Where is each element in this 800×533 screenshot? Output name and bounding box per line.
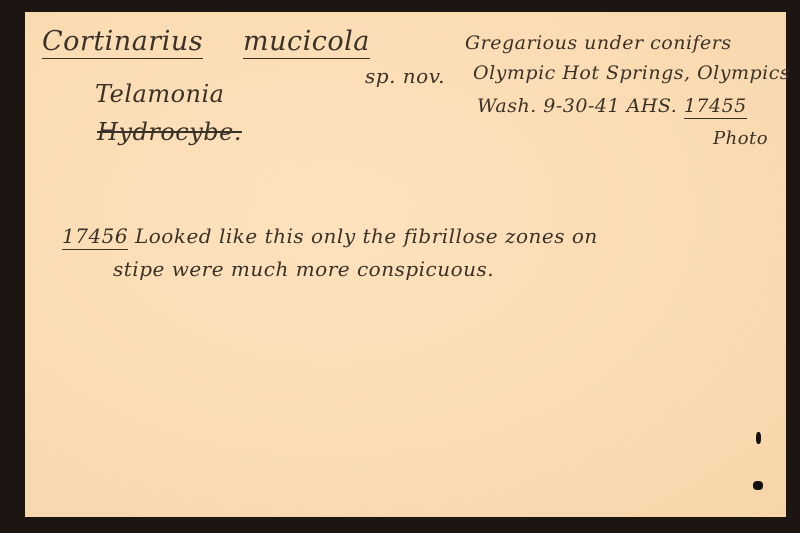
habitat-line-1: Gregarious under conifers xyxy=(465,32,732,54)
collection-date-collector: Wash. 9-30-41 AHS. xyxy=(477,95,677,117)
ink-spot xyxy=(753,481,763,490)
species-name: mucicola xyxy=(243,26,370,59)
crossed-out-subgenus: Hydrocybe. xyxy=(97,118,242,146)
note-number: 17456 xyxy=(62,224,128,250)
collection-number: 17455 xyxy=(684,95,747,119)
habitat-line-2: Olympic Hot Springs, Olympics xyxy=(473,62,790,84)
ink-spot xyxy=(756,432,761,444)
genus-name: Cortinarius xyxy=(42,26,203,59)
herbarium-card: Cortinarius mucicola sp. nov. Telamonia … xyxy=(25,12,786,517)
sp-nov-label: sp. nov. xyxy=(365,64,445,88)
note-line-2: stipe were much more conspicuous. xyxy=(113,257,494,281)
note-line-1: 17456 Looked like this only the fibrillo… xyxy=(62,224,598,248)
habitat-line-3: Wash. 9-30-41 AHS. 17455 xyxy=(477,95,747,117)
note-text-1: Looked like this only the fibrillose zon… xyxy=(135,224,598,248)
photo-note: Photo xyxy=(713,128,768,149)
subgenus-name: Telamonia xyxy=(95,80,224,108)
